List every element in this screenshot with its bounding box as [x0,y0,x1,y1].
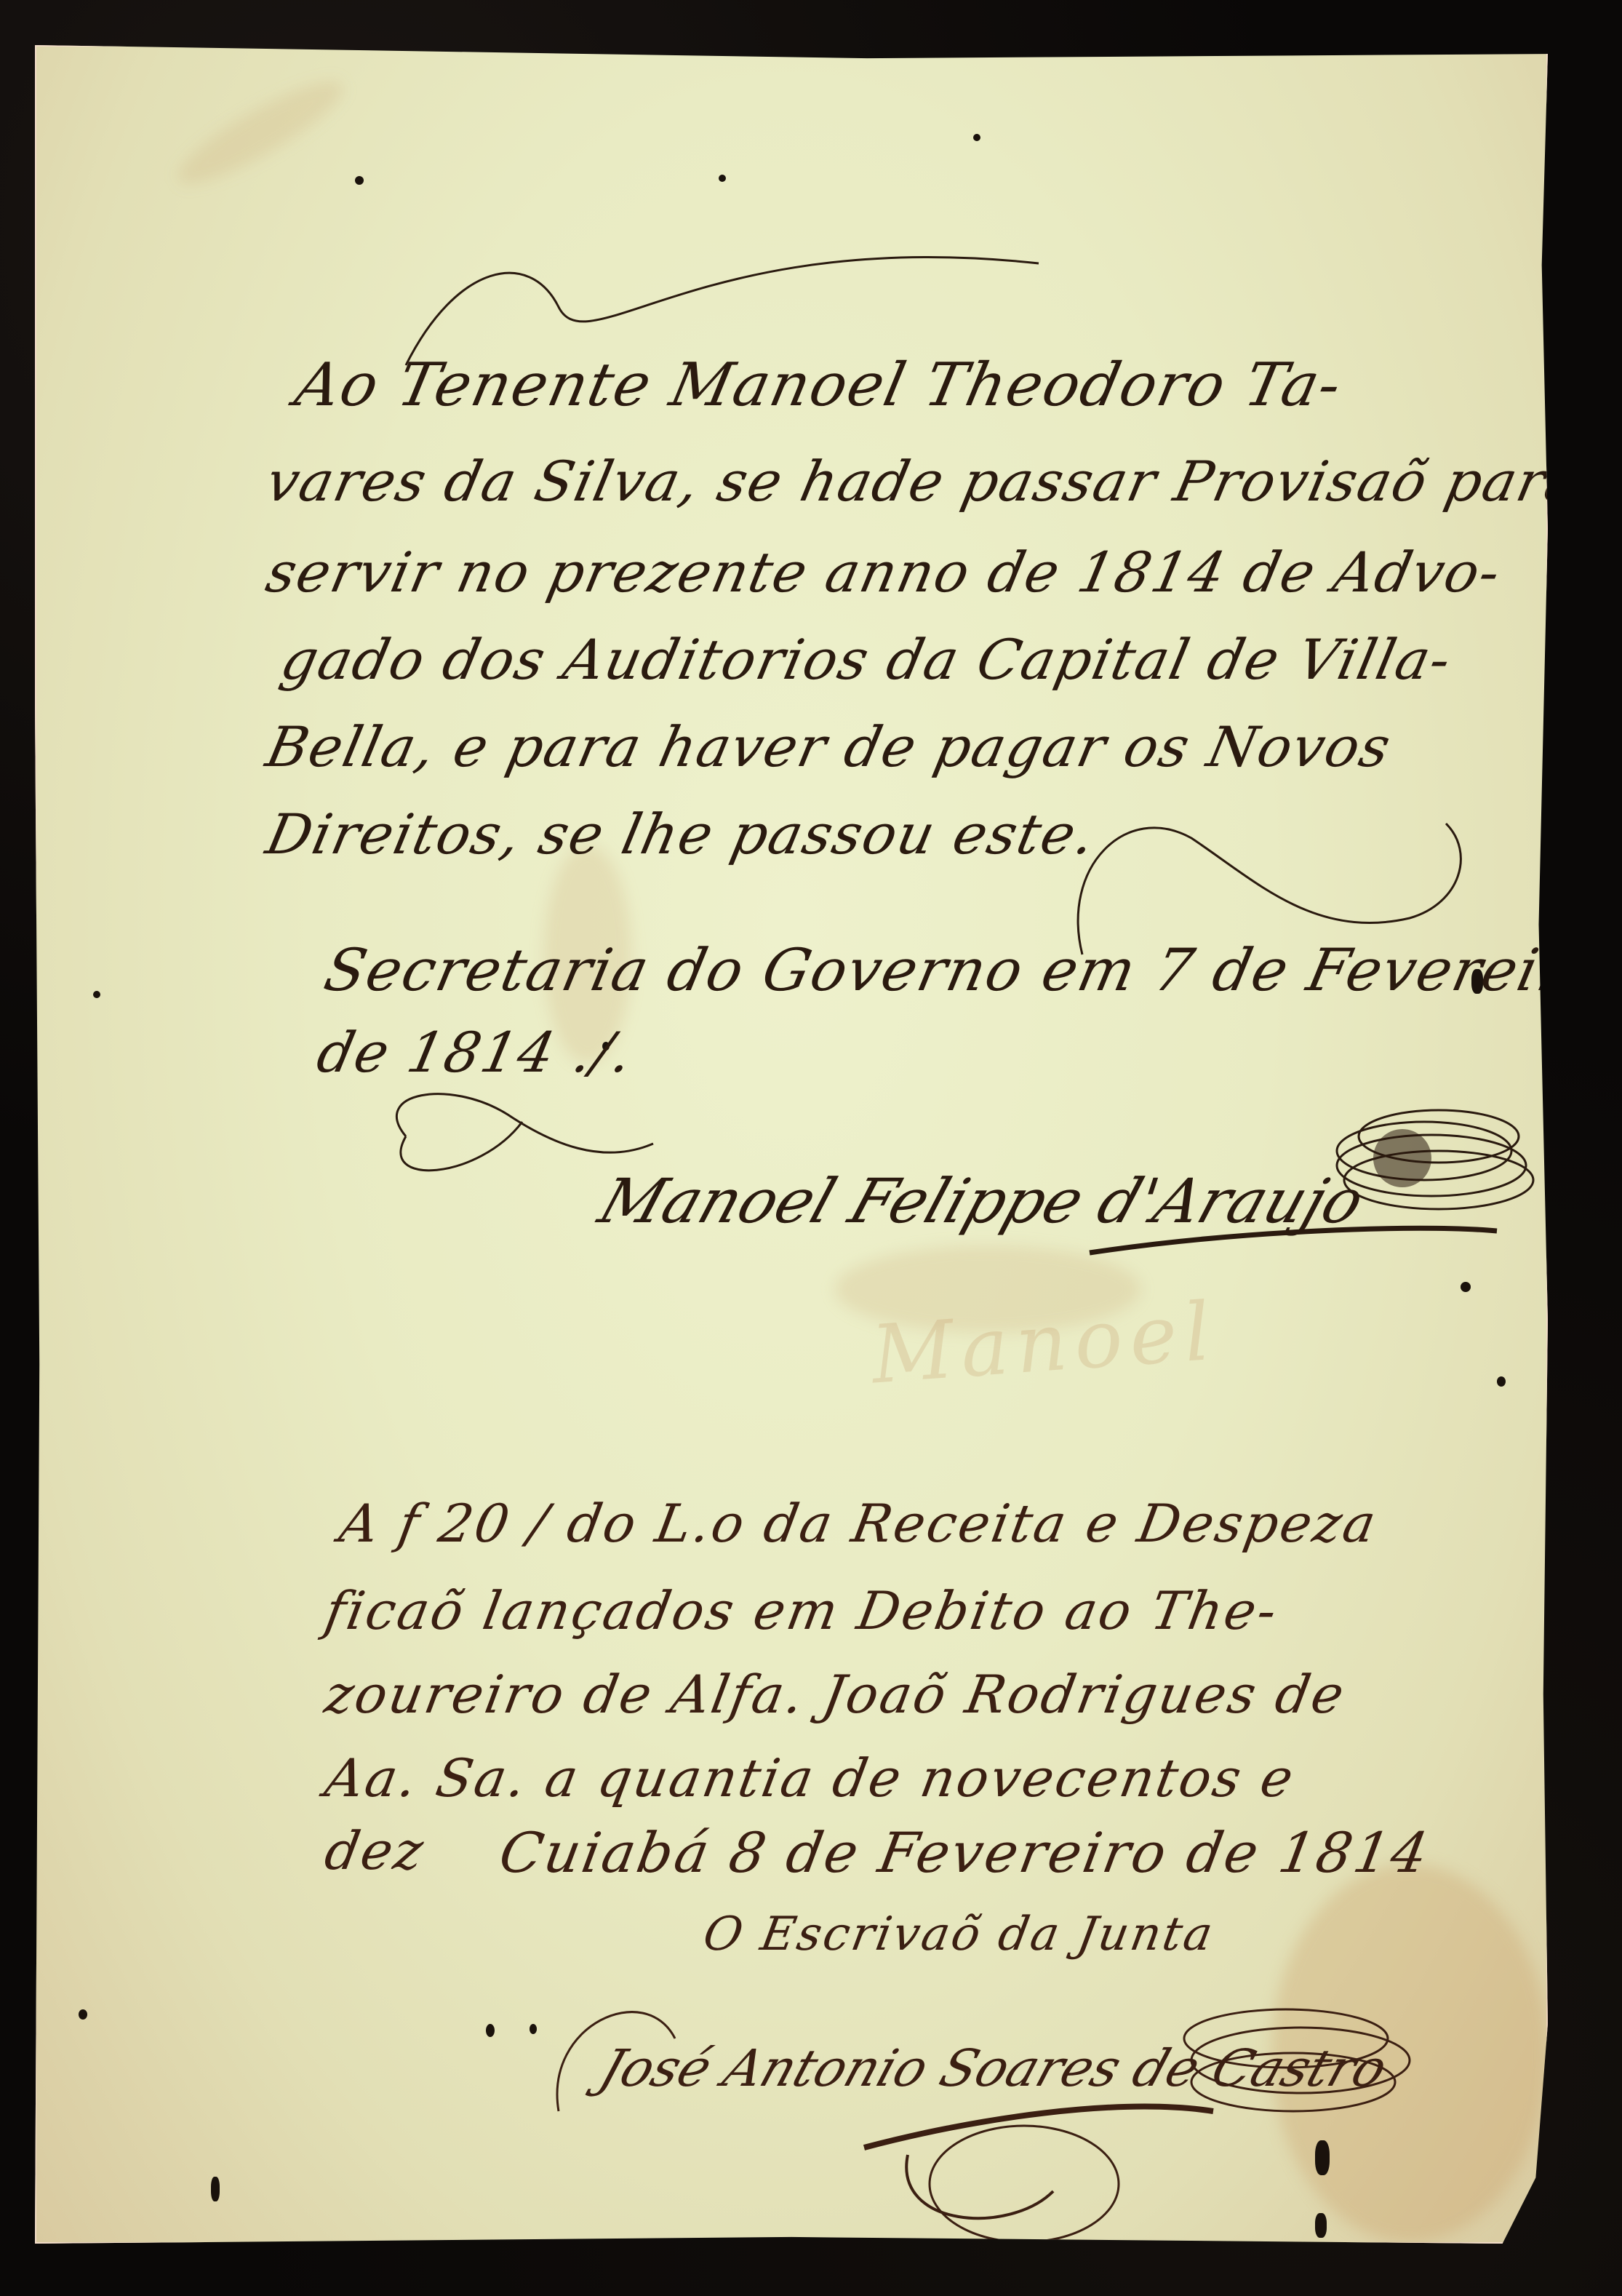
provision-line-5: Bella, e para haver de pagar os Novos [261,714,1398,779]
stain [167,66,353,199]
speck [1461,1282,1471,1292]
signature-manoel-felippe-daraujo: Manoel Felippe d'Araujo [591,1165,1373,1237]
speck [719,175,726,182]
speck [486,2024,495,2037]
note-line-3: zoureiro de Alfa. Joaõ Rodrigues de [321,1664,1351,1725]
provision-line-3: servir no prezente anno de 1814 de Advo- [261,540,1508,605]
manuscript-page: Manoel Ao Tenente Manoel Theodoro T [35,45,1548,2244]
note-place-date: Cuiabá 8 de Fevereiro de 1814 [495,1820,1434,1885]
note-line-4: Aa. Sa. a quantia de novecentos e [321,1747,1300,1809]
speck [530,2024,537,2034]
speck [211,2177,220,2201]
provision-line-4: gado dos Auditorios da Capital de Villa- [276,627,1458,692]
note-line-5: dez [321,1820,430,1881]
speck [973,134,980,141]
note-line-1: A f 20 / do L.o da Receita e Despeza [335,1493,1383,1554]
speck [93,991,100,998]
provision-line-2: vares da Silva, se hade passar Provisaõ … [261,449,1587,514]
note-office: O Escrivaõ da Junta [699,1908,1218,1961]
signature-jose-antonio-soares: José Antonio Soares de Castro [593,2038,1395,2098]
dateline-line-2: de 1814 ./. [312,1020,639,1085]
speck [355,176,364,185]
speck [79,2009,87,2020]
speck [1497,1376,1506,1387]
provision-line-1: Ao Tenente Manoel Theodoro Ta- [289,351,1349,420]
note-line-2: ficaõ lançados em Debito ao The- [321,1580,1284,1641]
provision-line-6: Direitos, se lhe passou este. [261,802,1102,866]
speck [1315,2213,1327,2238]
dateline-line-1: Secretaria do Governo em 7 de Fevereiro [319,936,1611,1004]
speck [1315,2140,1330,2175]
